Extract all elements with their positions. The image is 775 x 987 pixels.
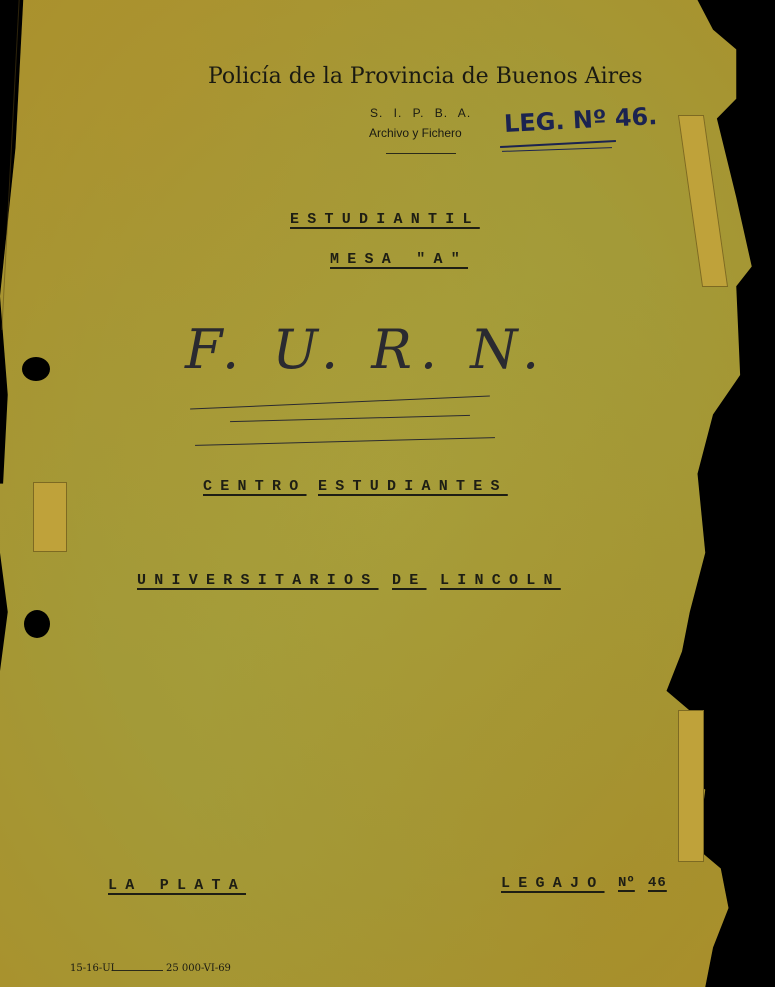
- subject-word-estudiantes: ESTUDIANTES: [318, 478, 508, 495]
- city-label: LA PLATA: [108, 877, 246, 894]
- category-label: ESTUDIANTIL: [290, 211, 480, 228]
- legajo-no-label: Nº: [618, 875, 635, 891]
- print-code-left: 15-16-UI: [70, 963, 115, 974]
- subject-word-lincoln: LINCOLN: [440, 572, 561, 589]
- handwritten-acronym: F. U. R. N.: [185, 318, 547, 381]
- desk-label: MESA "A": [330, 251, 468, 268]
- paper-repair-tab-left: [33, 482, 67, 552]
- subject-word-de: DE: [392, 572, 427, 589]
- section-name: Archivo y Fichero: [369, 126, 462, 140]
- legajo-label: LEGAJO: [501, 875, 605, 892]
- print-code-right: 25 000-VI-69: [166, 963, 231, 974]
- department-acronym: S. I. P. B. A.: [370, 106, 471, 120]
- punch-hole-bottom: [24, 610, 50, 638]
- institution-header: Policía de la Provincia de Buenos Aires: [208, 64, 643, 89]
- print-code-rule: [113, 970, 163, 971]
- punch-hole-top: [22, 357, 50, 381]
- subject-word-centro: CENTRO: [203, 478, 307, 495]
- letterhead-rule: [386, 153, 456, 154]
- legajo-number: 46: [648, 875, 667, 891]
- subject-word-universitarios: UNIVERSITARIOS: [137, 572, 379, 589]
- paper-repair-tab-right-bottom: [678, 710, 704, 862]
